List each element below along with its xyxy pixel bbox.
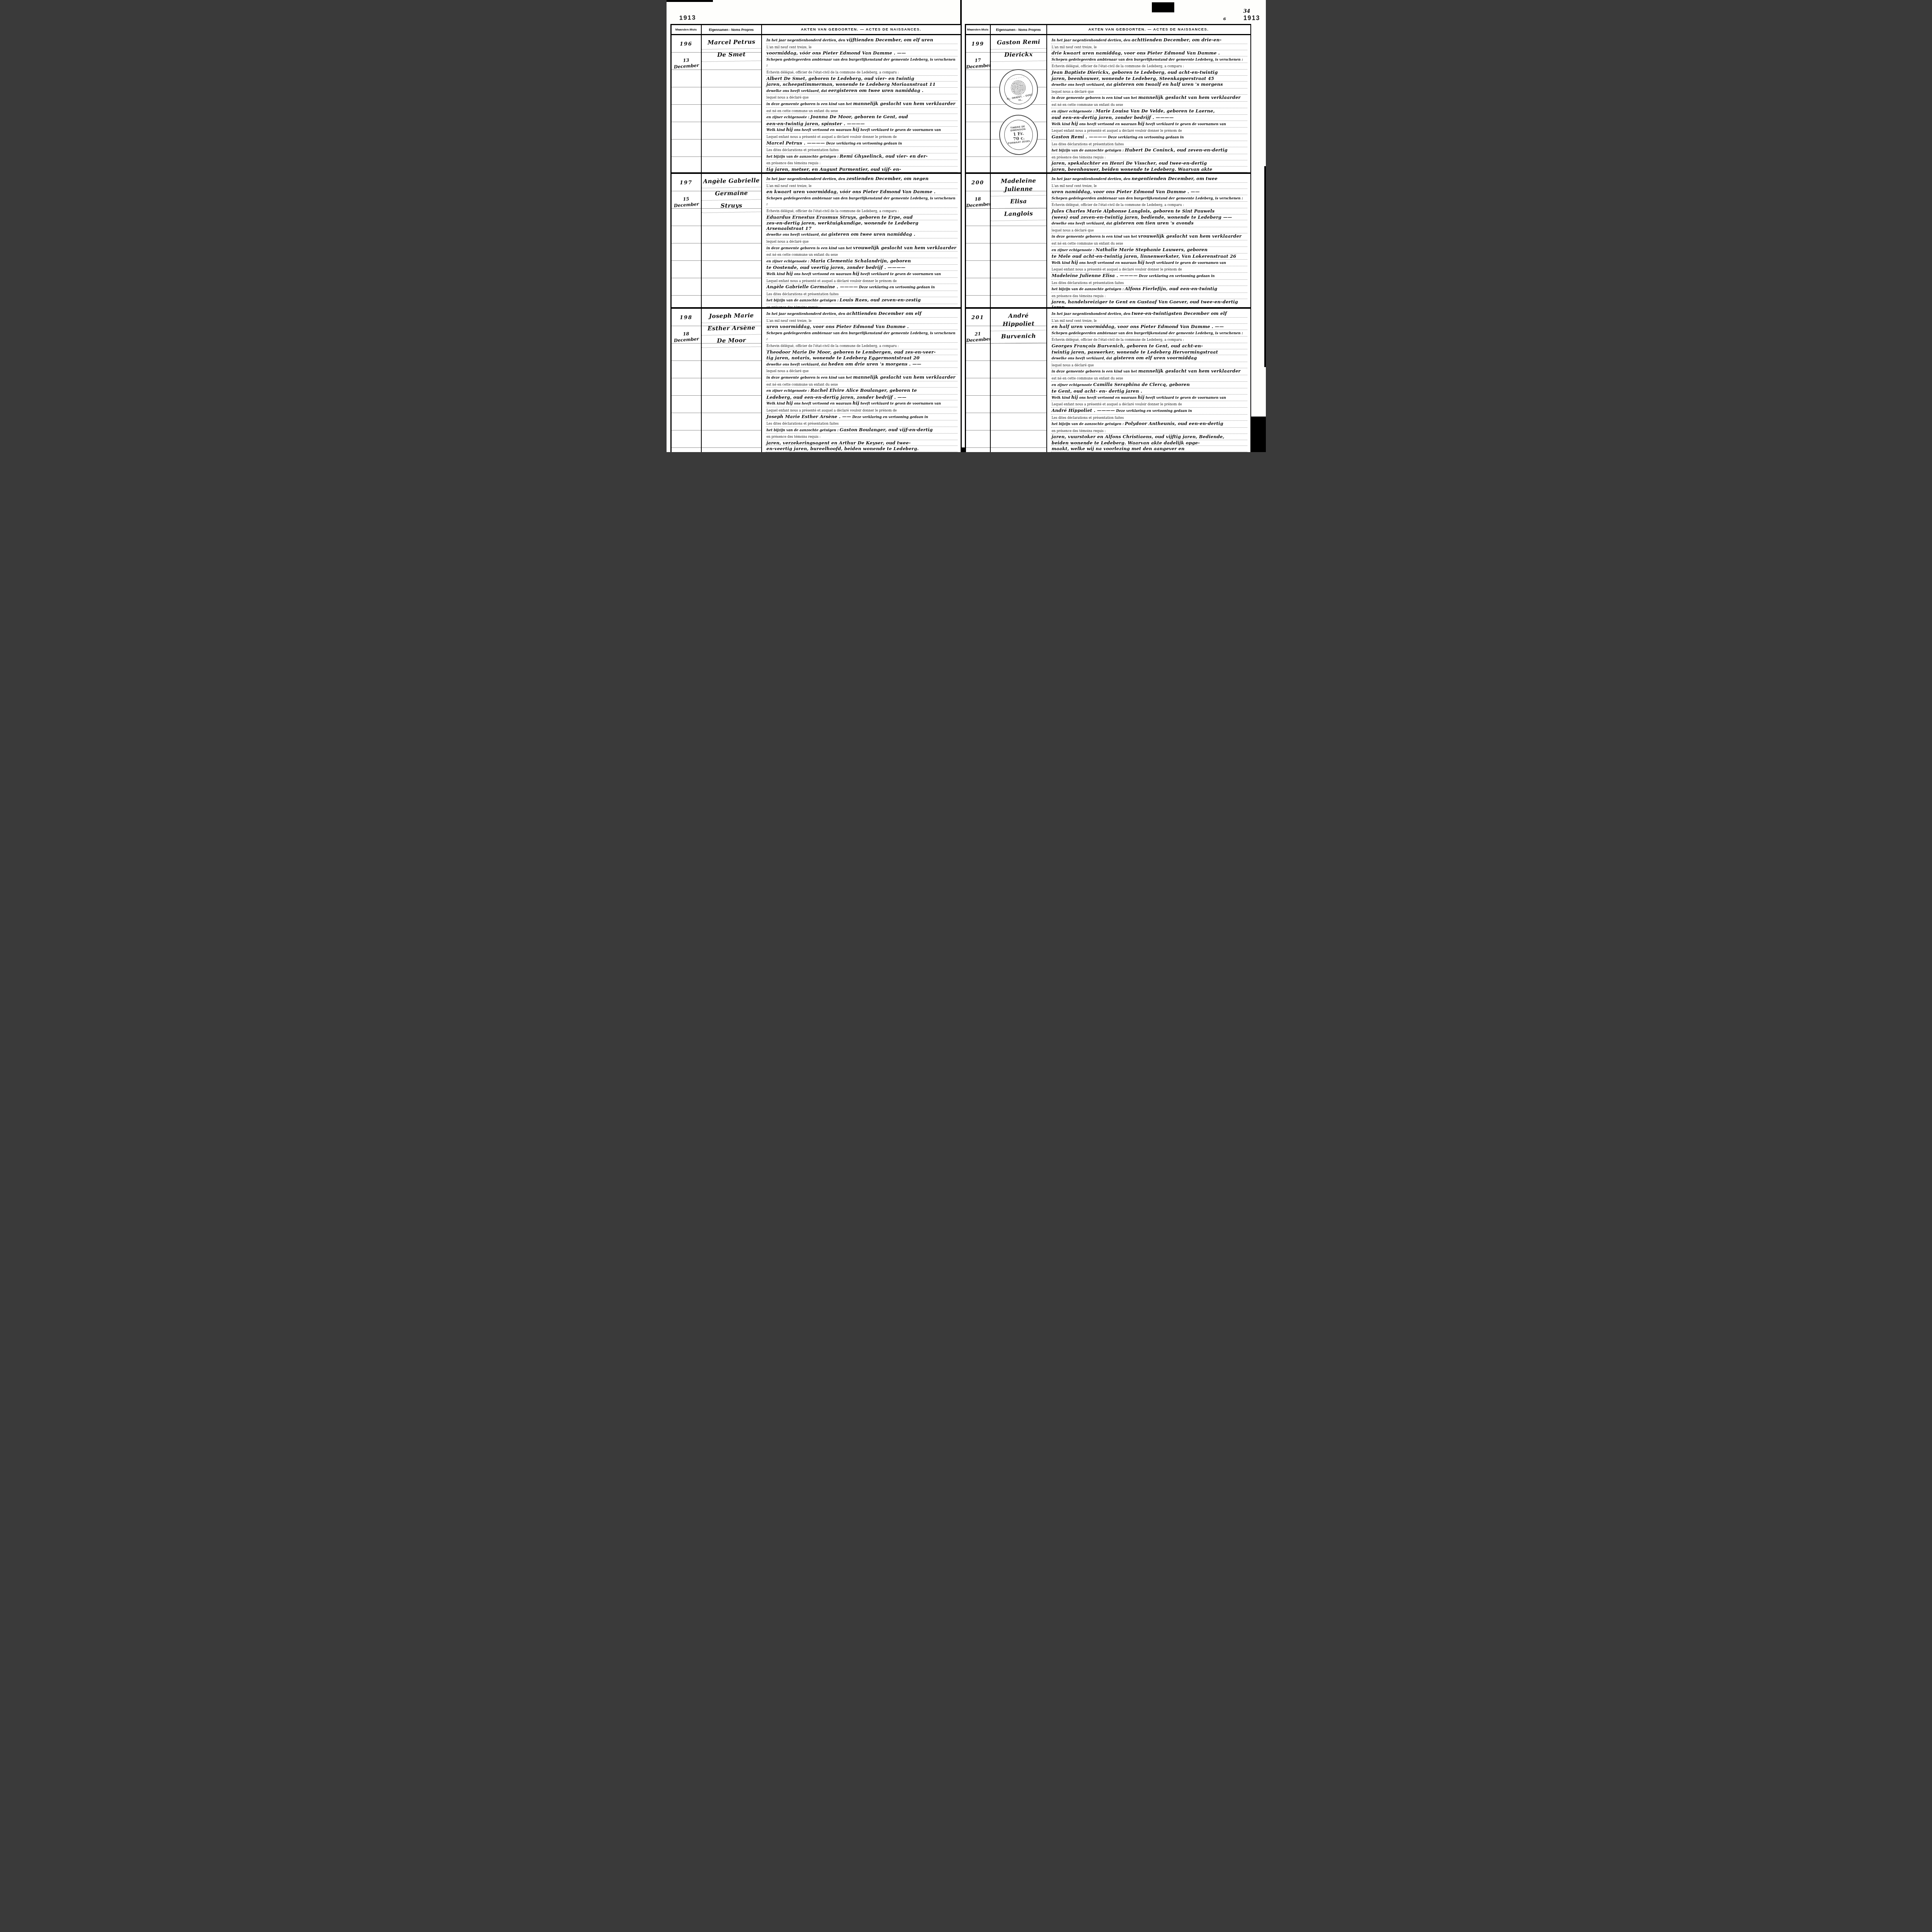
register-table-left-page: Maanden-Mois Eigennamen - Noms Propres A… <box>670 24 962 452</box>
printed-text: lequel nous a déclaré que <box>767 95 809 99</box>
printed-text: lequel nous a déclaré que <box>1052 363 1094 367</box>
printed-text: in deze gemeente geboren is een kind van… <box>1052 370 1138 374</box>
act-text-line: Welk kind hij ons heeft vertoond en waar… <box>766 400 957 407</box>
handwritten-text: Gaston Boulanger, oud vijf-en-dertig <box>840 427 933 432</box>
handwritten-text: Joanna De Moor, geboren te Gent, oud <box>810 114 908 119</box>
name-line: Esther Arsène <box>702 322 761 336</box>
act-text-line: tig jaren, notaris, wonende te Ledeberg … <box>766 355 957 361</box>
act-text-line: est né en cette commune un enfant du sex… <box>766 252 957 258</box>
act-date: 13 December <box>672 56 701 70</box>
act-text-line: in deze gemeente geboren is een kind van… <box>766 245 957 252</box>
handwritten-text: Theodoor Marie De Moor, geboren te Lembe… <box>767 349 936 355</box>
act-text-line: Schepen gedelegeerden ambtenaar van den … <box>766 56 957 69</box>
handwritten-text: hij <box>1138 395 1144 400</box>
act-text-line: in deze gemeente geboren is een kind van… <box>1051 95 1247 102</box>
printed-text: heeft verklaard te geven de voornamen va… <box>859 272 941 276</box>
printed-text: en zijner echtgenoote : <box>767 260 811 264</box>
name-line: Langlois <box>991 208 1046 221</box>
printed-text: ons heeft vertoond en waaraan <box>793 128 852 132</box>
act-text-line: André Hippoliet . ———— Deze verklaring e… <box>1051 408 1247 415</box>
act-text-line: L'an mil neuf cent treize, le <box>766 183 957 189</box>
act-text-line: Marcel Petrus . ———— Deze verklaring en … <box>766 140 957 147</box>
column-header-names: Eigennamen - Noms Propres <box>991 25 1047 35</box>
act-text-line: Les dites déclarations et présentation f… <box>1051 415 1247 421</box>
act-199-margin: 199 17 December <box>966 35 991 174</box>
act-text-line: L'an mil neuf cent treize, le <box>766 44 957 51</box>
act-text-line: jaren, scheepstimmerman, wonende te Lede… <box>766 82 957 88</box>
act-number: 196 <box>672 41 701 48</box>
printed-text: en zijner echtgenoote : <box>767 116 811 119</box>
printed-text: Welk kind <box>767 128 786 132</box>
printed-text: en zijner echtgenoote : <box>1052 110 1096 114</box>
printed-text: Welk kind <box>767 402 786 406</box>
handwritten-text: hij <box>1071 121 1078 126</box>
act-text: In het jaar negentienhonderd dertien, de… <box>766 176 957 309</box>
printed-text: in deze gemeente geboren is een kind van… <box>1052 96 1138 100</box>
handwritten-text: gisteren om tien uren 's avonds <box>1114 220 1194 226</box>
act-196-name-column: Marcel PetrusDe Smet <box>702 35 762 174</box>
act-text-line: est né en cette commune un enfant du sex… <box>1051 240 1247 247</box>
column-header-months: Maanden-Mois <box>966 25 991 35</box>
printed-text: Lequel enfant nous a présenté et auquel … <box>1052 267 1182 271</box>
act-text-line: jaren, verzekeringsagent en Arthur De Ke… <box>766 440 957 446</box>
handwritten-text: en-veertig jaren, bureelhoofd, beiden wo… <box>767 446 919 451</box>
column-header-months: Maanden-Mois <box>672 25 702 35</box>
printed-text: Schepen gedelegeerden ambtenaar van den … <box>767 58 956 68</box>
name-line: Joseph Marie <box>702 310 761 323</box>
act-201-name-column: André HippolietBurvenich <box>991 309 1047 452</box>
act-text-line: het bijzijn van de aanzochte getuigen : … <box>766 153 957 160</box>
year-label-right: 1913 <box>1243 15 1260 22</box>
act-text-line: In het jaar negentienhonderd dertien, de… <box>766 311 957 318</box>
handwritten-text: achttienden December, om drie-en- <box>1131 37 1221 43</box>
printed-text: het bijzijn van de aanzochte getuigen : <box>767 155 840 159</box>
handwritten-text: Madeleine Julienne Elisa . ———— <box>1052 273 1138 278</box>
act-text-line: In het jaar negentienhonderd dertien, de… <box>766 176 957 183</box>
act-197-name-column: Angèle GabrielleGermaineStruys <box>702 174 762 309</box>
act-text-line: jaren, vuurstoker en Alfons Christiaens,… <box>1051 434 1247 440</box>
printed-text: In het jaar negentienhonderd dertien, de… <box>1052 39 1132 43</box>
handwritten-text: jaren, beenhouwer, beiden wonende te Led… <box>1052 167 1213 172</box>
act-text-line: lequel nous a déclaré que <box>766 238 957 245</box>
act-text-line: oud een-en-dertig jaren, zonder bedrijf … <box>1051 115 1247 121</box>
act-text-line: lequel nous a déclaré que <box>1051 88 1247 95</box>
printed-text: Les dites déclarations et présentation f… <box>1052 142 1124 146</box>
coat-of-arms-icon <box>1010 79 1027 96</box>
name-line: De Smet <box>702 49 761 62</box>
corner-note-handwritten: 6 <box>1223 17 1226 21</box>
handwritten-text: en half uren voormiddag, voor ons Pieter… <box>1052 324 1224 329</box>
act-text-line: en présence des témoins requis : <box>766 434 957 440</box>
printed-text: Lequel enfant nous a présenté et auquel … <box>767 279 897 283</box>
act-196-margin: 196 13 December <box>672 35 702 174</box>
act-text-line: est né en cette commune un enfant du sex… <box>1051 102 1247 108</box>
act-text-line: Welk kind hij ons heeft vertoond en waar… <box>1051 121 1247 128</box>
printed-text: Welk kind <box>1052 122 1071 126</box>
act-198-margin: 198 18 December <box>672 309 702 452</box>
act-text-line: Lequel enfant nous a présenté et auquel … <box>766 407 957 414</box>
act-text-line: lequel nous a déclaré que <box>1051 227 1247 234</box>
handwritten-text: zes-en-dertig jaren, werktuigkundige, wo… <box>767 220 918 231</box>
printed-text: heeft verklaard te geven de voornamen va… <box>1145 122 1226 126</box>
act-196-body: In het jaar negentienhonderd dertien, de… <box>762 35 961 174</box>
handwritten-text: mannelijk geslacht van hem verklaarder <box>1138 368 1241 374</box>
act-text-line: In het jaar negentienhonderd dertien, de… <box>1051 37 1247 44</box>
act-text-line: Gaston Remi . ———— Deze verklaring en ve… <box>1051 134 1247 141</box>
printed-text: in deze gemeente geboren is een kind van… <box>767 102 853 106</box>
child-name: Gaston RemiDierickx <box>991 37 1046 61</box>
act-text-line: In het jaar negentienhonderd dertien, de… <box>766 37 957 44</box>
act-text-line: in deze gemeente geboren is een kind van… <box>1051 233 1247 240</box>
act-text-line: In het jaar negentienhonderd dertien, de… <box>1051 176 1247 183</box>
handwritten-text: hij <box>852 400 859 406</box>
act-text-line: Ledeberg, oud een-en-dertig jaren, zonde… <box>766 395 957 401</box>
child-name: Angèle GabrielleGermaineStruys <box>702 175 761 213</box>
child-name: Madeleine JulienneElisaLanglois <box>991 175 1046 221</box>
printed-text: Schepen gedelegeerden ambtenaar van den … <box>1052 332 1243 335</box>
child-name: Joseph MarieEsther ArsèneDe Moor <box>702 310 761 347</box>
handwritten-text: Eduardus Ernestus Erasmus Struys, gebore… <box>767 214 913 220</box>
handwritten-text: jaren, vuurstoker en Alfons Christiaens,… <box>1052 434 1225 439</box>
printed-text: dewelke ons heeft verklaard, dat <box>1052 357 1114 361</box>
handwritten-text: jaren, spekslachter en Henri De Visscher… <box>1052 160 1207 166</box>
act-text-line: drie kwaart uren namiddag, voor ons Piet… <box>1051 50 1247 56</box>
handwritten-text: (wees) oud zeven-en-twintig jaren, bedie… <box>1052 214 1232 220</box>
act-number: 198 <box>672 315 701 321</box>
register-table-right-page: Maanden-Mois Eigennamen - Noms Propres A… <box>965 24 1251 452</box>
act-text-line: Échevin délégué, officier de l'état-civi… <box>766 69 957 76</box>
act-text-line: jaren, spekslachter en Henri De Visscher… <box>1051 160 1247 167</box>
child-name: André HippolietBurvenich <box>991 310 1046 343</box>
handwritten-text: Polydoor Antheunis, oud een-en-dertig <box>1125 421 1223 426</box>
act-date: 15 December <box>672 195 701 209</box>
act-text-line: Échevin délégué, officier de l'état-civi… <box>1051 63 1247 70</box>
handwritten-text: mannelijk geslacht van hem verklaarder <box>1138 95 1241 100</box>
handwritten-text: zestienden December, om negen <box>846 176 929 181</box>
printed-text: In het jaar negentienhonderd dertien, de… <box>767 312 847 316</box>
act-text-line: jaren, beenhouwer, wonende te Ledeberg, … <box>1051 76 1247 82</box>
handwritten-text: voormiddag, vóór ons Pieter Edmond Van D… <box>767 50 906 56</box>
act-199-body: In het jaar negentienhonderd dertien, de… <box>1047 35 1250 174</box>
act-text-line: Welk kind hij ons heeft vertoond en waar… <box>766 271 957 278</box>
act-text-line: te Oostende, oud veertig jaren, zonder b… <box>766 265 957 271</box>
act-text-line: Lequel enfant nous a présenté et auquel … <box>1051 266 1247 273</box>
column-header-names: Eigennamen - Noms Propres <box>702 25 762 35</box>
handwritten-text: vijftienden December, om elf uren <box>846 37 933 43</box>
act-text-line: en zijner echtgenoote : Marie Louisa Van… <box>1051 108 1247 115</box>
name-line: Gaston Remi <box>991 36 1046 50</box>
printed-text: Les dites déclarations et présentation f… <box>767 422 839 425</box>
act-text-line: uren voormiddag, voor ons Pieter Edmond … <box>766 324 957 330</box>
printed-text: Deze verklaring en vertooning gedaan in <box>1138 274 1214 278</box>
act-197-margin: 197 15 December <box>672 174 702 309</box>
act-text-line: Lequel enfant nous a présenté et auquel … <box>1051 401 1247 408</box>
printed-text: est né en cette commune un enfant du sex… <box>1052 103 1123 107</box>
act-text-line: beiden wonende te Ledeberg. Waarvan akte… <box>1051 440 1247 446</box>
printed-text: dewelke ons heeft verklaard, dat <box>767 363 828 367</box>
act-text-line: lequel nous a déclaré que <box>766 94 957 101</box>
handwritten-text: eergisteren om twee uren namiddag . <box>828 88 923 93</box>
act-text-line: en présence des témoins requis : <box>766 160 957 167</box>
act-date: 17 December <box>966 57 990 70</box>
printed-text: lequel nous a déclaré que <box>1052 228 1094 232</box>
act-text-line: te Gent, oud acht- en- dertig jaren . <box>1051 388 1247 395</box>
printed-text: est né en cette commune un enfant du sex… <box>767 253 838 257</box>
printed-text: dewelke ons heeft verklaard, dat <box>767 89 828 93</box>
handwritten-text: Jules Charles Marie Alphonse Langlois, g… <box>1052 208 1215 214</box>
act-text: In het jaar negentienhonderd dertien, de… <box>766 311 957 452</box>
folio-number-handwritten: 34 <box>1243 9 1250 14</box>
printed-text: het bijzijn van de aanzochte getuigen : <box>767 299 840 303</box>
handwritten-text: beiden wonende te Ledeberg. Waarvan akte… <box>1052 440 1200 446</box>
printed-text: In het jaar negentienhonderd dertien, de… <box>1052 312 1132 316</box>
act-text-line: L'an mil neuf cent treize, le <box>766 318 957 324</box>
printed-text: in deze gemeente geboren is een kind van… <box>767 376 853 380</box>
act-text-line: en-veertig jaren, bureelhoofd, beiden wo… <box>766 446 957 452</box>
handwritten-text: te Mele oud acht-en-twintig jaren, linne… <box>1052 253 1236 259</box>
printed-text: Les dites déclarations et présentation f… <box>767 292 839 296</box>
act-200-name-column: Madeleine JulienneElisaLanglois <box>991 174 1047 309</box>
printed-text: heeft verklaard te geven de voornamen va… <box>1145 261 1226 265</box>
handwritten-text: hij <box>852 127 859 132</box>
printed-text: L'an mil neuf cent treize, le <box>767 45 812 49</box>
handwritten-text: Nathalie Marie Stephanie Lauwers, gebore… <box>1095 247 1207 252</box>
printed-text: in deze gemeente geboren is een kind van… <box>1052 235 1138 239</box>
printed-text: L'an mil neuf cent treize, le <box>1052 184 1097 188</box>
printed-text: Schepen gedelegeerden ambtenaar van den … <box>1052 197 1243 201</box>
column-header-acts: AKTEN VAN GEBOORTEN. — ACTES DE NAISSANC… <box>1047 25 1250 35</box>
handwritten-text: heden om drie uren 's morgens . —— <box>828 361 922 367</box>
handwritten-text: hij <box>1138 121 1144 126</box>
printed-text: het bijzijn van de aanzochte getuigen : <box>1052 149 1125 153</box>
act-text-line: Lequel enfant nous a présenté et auquel … <box>766 134 957 140</box>
handwritten-text: Hubert De Coninck, oud zeven-en-dertig <box>1125 147 1228 153</box>
printed-text: dewelke ons heeft verklaard, dat <box>767 233 828 237</box>
printed-text: lequel nous a déclaré que <box>1052 90 1094 94</box>
act-text-line: Schepen gedelegeerden ambtenaar van den … <box>1051 56 1247 63</box>
act-text-line: est né en cette commune un enfant du sex… <box>1051 375 1247 382</box>
name-line: Struys <box>702 200 761 213</box>
act-text-line: Échevin délégué, officier de l'état-civi… <box>766 208 957 214</box>
printed-text: Échevin délégué, officier de l'état-civi… <box>1052 338 1184 342</box>
act-199-name-column: Gaston RemiDierickx · · · · · · · · · FL… <box>991 35 1047 174</box>
handwritten-text: hij <box>1138 260 1144 265</box>
printed-text: Welk kind <box>767 272 786 276</box>
handwritten-text: twintig jaren, paswerker, wonende te Led… <box>1052 349 1218 355</box>
corner-annotations: 34 6 1913 <box>1223 7 1260 22</box>
printed-text: ons heeft vertoond en waaraan <box>1078 261 1138 265</box>
act-text-line: Welk kind hij ons heeft vertoond en waar… <box>766 127 957 134</box>
printed-text: Welk kind <box>1052 396 1071 400</box>
act-198-body: In het jaar negentienhonderd dertien, de… <box>762 309 961 452</box>
handwritten-text: Ledeberg, oud een-en-dertig jaren, zonde… <box>767 395 906 400</box>
handwritten-text: hij <box>852 271 859 276</box>
act-text-line: Les dites déclarations et présentation f… <box>1051 280 1247 286</box>
act-text-line: en présence des témoins requis : <box>1051 154 1247 161</box>
handwritten-text: uren voormiddag, voor ons Pieter Edmond … <box>767 324 909 329</box>
act-text-line: lequel nous a déclaré que <box>1051 362 1247 369</box>
act-text-line: Eduardus Ernestus Erasmus Struys, gebore… <box>766 214 957 221</box>
act-text-line: in deze gemeente geboren is een kind van… <box>766 101 957 108</box>
handwritten-text: Georges François Burvenich, geboren te G… <box>1052 343 1203 349</box>
name-line: De Moor <box>702 335 761 348</box>
act-text-line: het bijzijn van de aanzochte getuigen : … <box>1051 286 1247 293</box>
handwritten-text: mannelijk geslacht van hem verklaarder <box>853 374 956 380</box>
act-date: 18 December <box>672 330 701 344</box>
printed-text: est né en cette commune un enfant du sex… <box>1052 241 1123 245</box>
act-text-line: Albert De Smet, geboren te Ledeberg, oud… <box>766 76 957 82</box>
handwritten-text: Angèle Gabrielle Germaine . ———— <box>767 284 858 289</box>
act-text-line: en half uren voormiddag, voor ons Pieter… <box>1051 324 1247 330</box>
printed-text: Schepen gedelegeerden ambtenaar van den … <box>767 197 956 207</box>
handwritten-text: gisteren om twaalf en half uren 's morge… <box>1114 82 1223 87</box>
handwritten-text: Remi Ghyselinck, oud vier- en der- <box>840 153 928 159</box>
handwritten-text: twee-en-twintigsten December om elf <box>1131 311 1227 316</box>
handwritten-text: Maria Clementia Schalandrijn, geboren <box>810 258 911 264</box>
handwritten-text: gisteren om elf uren voormiddag <box>1114 355 1197 361</box>
printed-text: Schepen gedelegeerden ambtenaar van den … <box>1052 58 1243 62</box>
act-text-line: Angèle Gabrielle Germaine . ———— Deze ve… <box>766 284 957 291</box>
handwritten-text: jaren, scheepstimmerman, wonende te Lede… <box>767 82 936 87</box>
act-197-body: In het jaar negentienhonderd dertien, de… <box>762 174 961 309</box>
act-text-line: te Mele oud acht-en-twintig jaren, linne… <box>1051 253 1247 260</box>
name-line: Angèle Gabrielle <box>702 175 761 189</box>
act-text-line: tig jaren, metser, en August Parmentier,… <box>766 167 957 173</box>
printed-text: In het jaar negentienhonderd dertien, de… <box>1052 177 1132 181</box>
act-text-line: lequel nous a déclaré que <box>766 368 957 374</box>
handwritten-text: oud een-en-dertig jaren, zonder bedrijf … <box>1052 115 1174 120</box>
name-line: Dierickx <box>991 49 1046 62</box>
act-text-line: Madeleine Julienne Elisa . ———— Deze ver… <box>1051 273 1247 280</box>
printed-text: heeft verklaard te geven de voornamen va… <box>859 402 941 406</box>
printed-text: Les dites déclarations et présentation f… <box>1052 281 1124 285</box>
act-text-line: twintig jaren, paswerker, wonende te Led… <box>1051 349 1247 355</box>
printed-text: ons heeft vertoond en waaraan <box>793 402 852 406</box>
act-text-line: in deze gemeente geboren is een kind van… <box>766 374 957 381</box>
printed-text: in deze gemeente geboren is een kind van… <box>767 247 853 250</box>
printed-text: en zijner echtgenoote <box>1052 383 1094 387</box>
name-line: Germaine <box>702 187 761 201</box>
act-200-body: In het jaar negentienhonderd dertien, de… <box>1047 174 1250 309</box>
printed-text: L'an mil neuf cent treize, le <box>1052 45 1097 49</box>
printed-text: het bijzijn van de aanzochte getuigen : <box>767 429 840 432</box>
act-number: 197 <box>672 180 701 186</box>
printed-text: Welk kind <box>1052 261 1071 265</box>
scan-artifact-top-left <box>667 0 713 2</box>
act-text-line: en zijner echtgenoote Camilla Seraphina … <box>1051 382 1247 389</box>
act-text: In het jaar negentienhonderd dertien, de… <box>1051 37 1247 174</box>
printed-text: ons heeft vertoond en waaraan <box>1078 396 1138 400</box>
act-text-line: Schepen gedelegeerden ambtenaar van den … <box>766 195 957 208</box>
act-text-line: dewelke ons heeft verklaard, dat heden o… <box>766 361 957 368</box>
printed-text: L'an mil neuf cent treize, le <box>767 319 812 323</box>
handwritten-text: hij <box>1071 395 1078 400</box>
act-text-line: Schepen gedelegeerden ambtenaar van den … <box>766 330 957 343</box>
child-name: Marcel PetrusDe Smet <box>702 37 761 61</box>
printed-text: en présence des témoins requis : <box>767 435 821 439</box>
printed-text: L'an mil neuf cent treize, le <box>1052 319 1097 323</box>
handwritten-text: André Hippoliet . ———— <box>1052 408 1115 413</box>
handwritten-text: te Gent, oud acht- en- dertig jaren . <box>1052 388 1143 394</box>
handwritten-text: Rachel Elvire Alice Boulanger, geboren t… <box>810 388 917 393</box>
name-line: Marcel Petrus <box>702 36 761 50</box>
register-scan-sheet: 1913 34 6 1913 Maanden-Mois Eigennamen -… <box>667 0 1266 452</box>
handwritten-text: hij <box>1071 260 1078 265</box>
printed-text: Deze verklaring en vertooning gedaan in <box>851 415 928 419</box>
act-200-margin: 200 18 December <box>966 174 991 309</box>
act-text-line: dewelke ons heeft verklaard, dat gistere… <box>766 231 957 238</box>
printed-text: Deze verklaring en vertooning gedaan in <box>825 142 902 146</box>
name-line: Madeleine Julienne <box>991 175 1046 197</box>
handwritten-text: jaren, handelsreiziger te Gent en Gustaa… <box>1052 299 1238 309</box>
act-text-line: Les dites déclarations et présentation f… <box>766 420 957 427</box>
printed-text: het bijzijn van de aanzochte getuigen : <box>1052 422 1125 426</box>
year-label-left: 1913 <box>679 15 696 22</box>
handwritten-text: maakt, welke wij na voorlezing met den a… <box>1052 446 1185 451</box>
act-text-line: Les dites déclarations et présentation f… <box>1051 141 1247 148</box>
handwritten-text: Joseph Marie Esther Arsène . —— <box>767 414 851 419</box>
printed-text: In het jaar negentienhonderd dertien, de… <box>767 39 847 43</box>
act-text-line: zes-en-dertig jaren, werktuigkundige, wo… <box>766 220 957 231</box>
handwritten-text: Marie Louisa Van De Velde, geboren te La… <box>1095 108 1214 114</box>
act-text-line: (wees) oud zeven-en-twintig jaren, bedie… <box>1051 214 1247 221</box>
scan-artifact-right-edge <box>1264 166 1266 367</box>
handwritten-text: hij <box>786 271 793 276</box>
printed-text: dewelke ons heeft verklaard, dat <box>1052 83 1114 87</box>
handwritten-text: Albert De Smet, geboren te Ledeberg, oud… <box>767 76 915 81</box>
printed-text: Lequel enfant nous a présenté et auquel … <box>1052 402 1182 406</box>
handwritten-text: hij <box>786 400 793 406</box>
handwritten-text: een-en-twintig jaren, spinster . ———— <box>767 121 865 126</box>
act-text-line: jaren, handelsreiziger te Gent en Gustaa… <box>1051 299 1247 309</box>
act-text-line: en présence des témoins requis : <box>1051 428 1247 434</box>
act-text-line: Lequel enfant nous a présenté et auquel … <box>766 278 957 284</box>
act-text-line: het bijzijn van de aanzochte getuigen : … <box>766 297 957 304</box>
act-text-line: en kwaart uren voormiddag, vóór ons Piet… <box>766 189 957 195</box>
column-header-acts: AKTEN VAN GEBOORTEN. — ACTES DE NAISSANC… <box>762 25 961 35</box>
act-number: 199 <box>966 41 990 48</box>
handwritten-text: vrouwelijk geslacht van hem verklaarder <box>1138 233 1242 239</box>
act-201-body: In het jaar negentienhonderd dertien, de… <box>1047 309 1250 452</box>
act-text: In het jaar negentienhonderd dertien, de… <box>1051 176 1247 309</box>
act-text-line: het bijzijn van de aanzochte getuigen : … <box>1051 147 1247 154</box>
act-text-line: Welk kind hij ons heeft vertoond en waar… <box>1051 260 1247 267</box>
act-text-line: Joseph Marie Esther Arsène . —— Deze ver… <box>766 414 957 421</box>
printed-text: ons heeft vertoond en waaraan <box>793 272 852 276</box>
name-line: Burvenich <box>991 330 1046 344</box>
act-number: 200 <box>966 180 990 186</box>
act-text-line: uren namiddag, voor ons Pieter Edmond Va… <box>1051 189 1247 195</box>
printed-text: en présence des témoins requis : <box>1052 155 1106 159</box>
act-text-line: Theodoor Marie De Moor, geboren te Lembe… <box>766 349 957 355</box>
act-201-margin: 201 21 December <box>966 309 991 452</box>
handwritten-text: jaren, verzekeringsagent en Arthur De Ke… <box>767 440 911 446</box>
handwritten-text: mannelijk geslacht van hem verklaarder <box>853 101 956 106</box>
act-text-line: voormiddag, vóór ons Pieter Edmond Van D… <box>766 50 957 56</box>
printed-text: dewelke ons heeft verklaard, dat <box>1052 222 1114 226</box>
printed-text: Échevin délégué, officier de l'état-civi… <box>1052 64 1184 68</box>
act-text-line: est né en cette commune un enfant du sex… <box>766 108 957 114</box>
printed-text: Échevin délégué, officier de l'état-civi… <box>767 70 899 74</box>
handwritten-text: tig jaren, notaris, wonende te Ledeberg … <box>767 355 920 361</box>
printed-text: est né en cette commune un enfant du sex… <box>1052 376 1123 380</box>
handwritten-text: uren namiddag, voor ons Pieter Edmond Va… <box>1052 189 1200 194</box>
printed-text: het bijzijn van de aanzochte getuigen : <box>1052 287 1125 291</box>
act-text-line: jaren, beenhouwer, beiden wonende te Led… <box>1051 167 1247 173</box>
printed-text: Les dites déclarations et présentation f… <box>767 148 839 152</box>
act-text-line: Jean Baptiste Dierickx, geboren te Ledeb… <box>1051 70 1247 76</box>
act-text-line: dewelke ons heeft verklaard, dat gistere… <box>1051 355 1247 362</box>
